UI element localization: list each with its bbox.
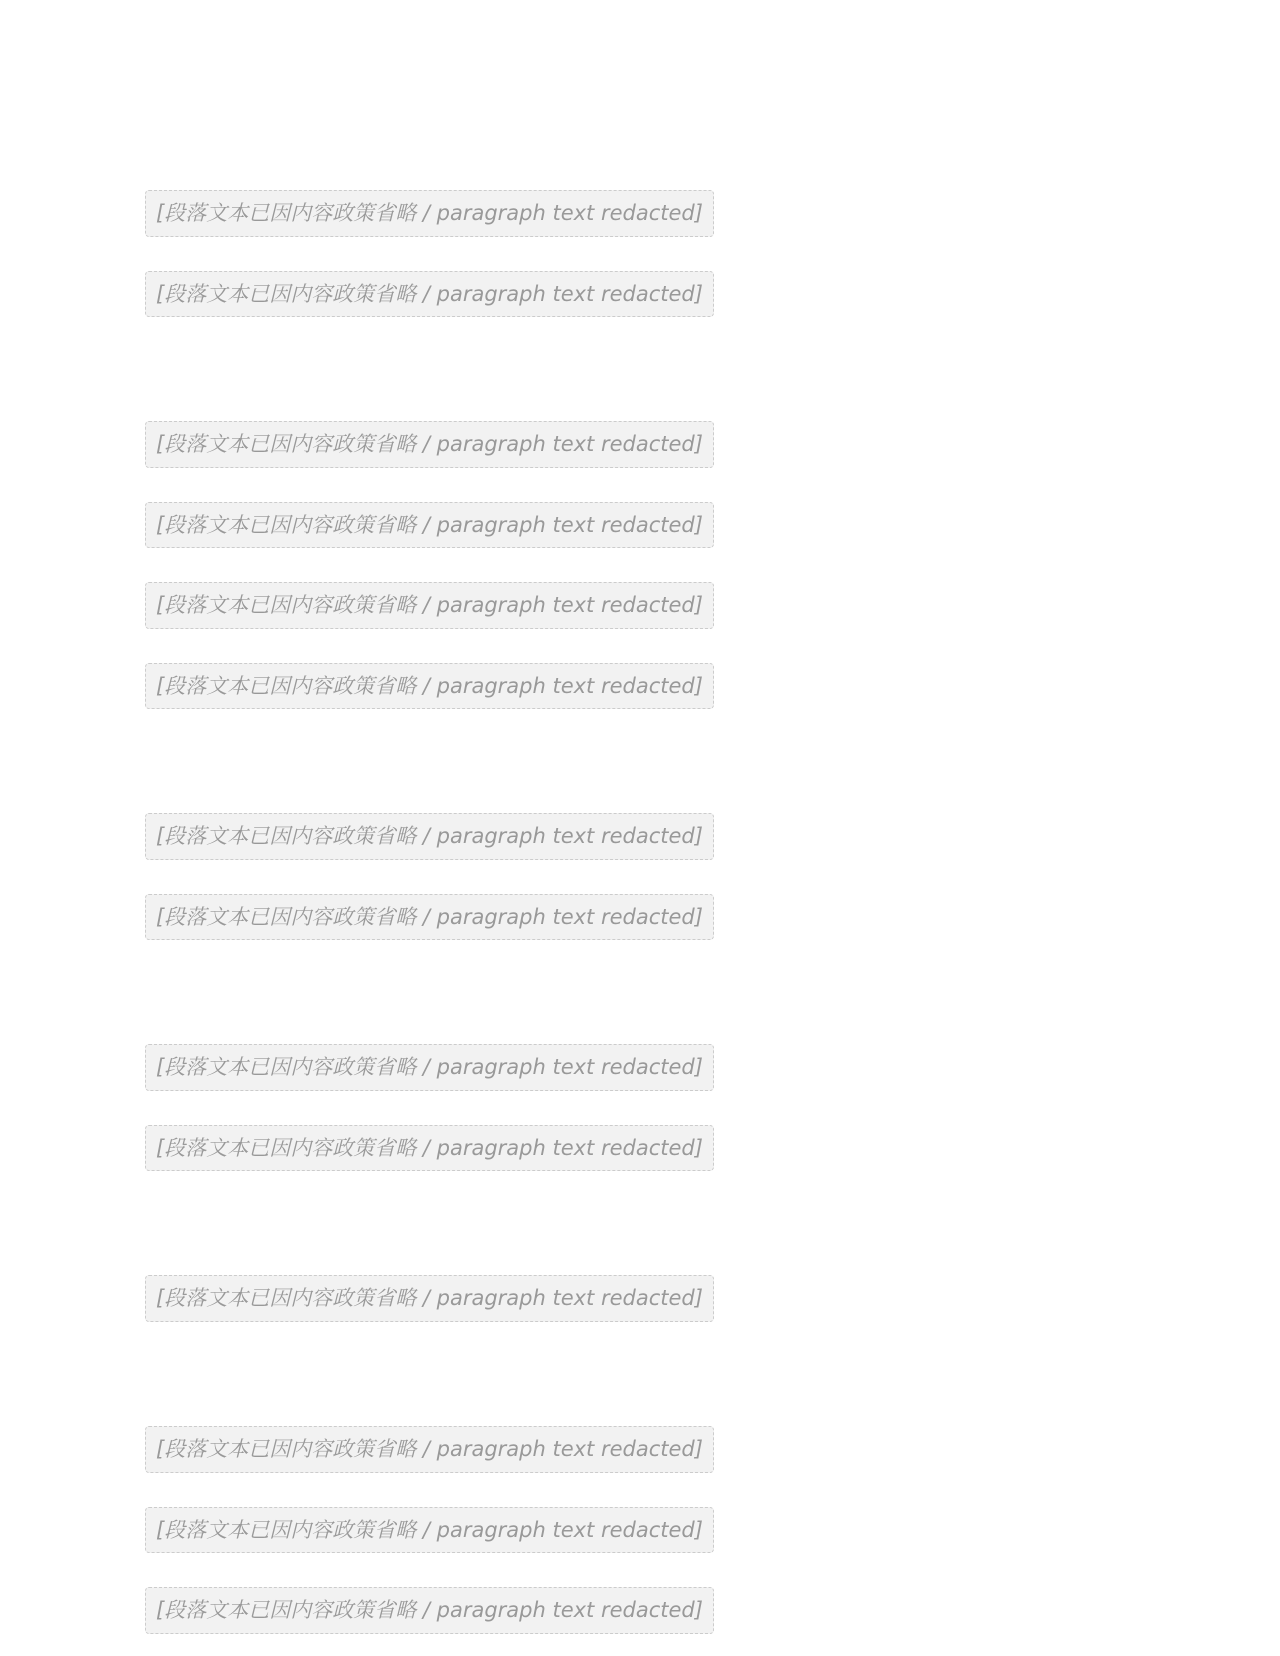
paragraph: [段落文本已因内容政策省略 / paragraph text redacted]	[145, 421, 1135, 468]
redacted-text: [段落文本已因内容政策省略 / paragraph text redacted]	[145, 1587, 714, 1634]
redacted-text: [段落文本已因内容政策省略 / paragraph text redacted]	[145, 190, 714, 237]
paragraph: [段落文本已因内容政策省略 / paragraph text redacted]	[145, 813, 1135, 860]
paragraph: [段落文本已因内容政策省略 / paragraph text redacted]	[145, 502, 1135, 549]
redacted-text: [段落文本已因内容政策省略 / paragraph text redacted]	[145, 421, 714, 468]
paragraph: [段落文本已因内容政策省略 / paragraph text redacted]	[145, 1125, 1135, 1172]
paragraph: [段落文本已因内容政策省略 / paragraph text redacted]	[145, 271, 1135, 318]
paragraph: [段落文本已因内容政策省略 / paragraph text redacted]	[145, 1044, 1135, 1091]
paragraph: [段落文本已因内容政策省略 / paragraph text redacted]	[145, 894, 1135, 941]
redacted-text: [段落文本已因内容政策省略 / paragraph text redacted]	[145, 582, 714, 629]
paragraph: [段落文本已因内容政策省略 / paragraph text redacted]	[145, 190, 1135, 237]
redacted-text: [段落文本已因内容政策省略 / paragraph text redacted]	[145, 1125, 714, 1172]
section-gap	[145, 743, 1135, 813]
redacted-text: [段落文本已因内容政策省略 / paragraph text redacted]	[145, 894, 714, 941]
redacted-text: [段落文本已因内容政策省略 / paragraph text redacted]	[145, 1275, 714, 1322]
redacted-text: [段落文本已因内容政策省略 / paragraph text redacted]	[145, 1426, 714, 1473]
paragraph: [段落文本已因内容政策省略 / paragraph text redacted]	[145, 1507, 1135, 1554]
redacted-text: [段落文本已因内容政策省略 / paragraph text redacted]	[145, 663, 714, 710]
paragraph: [段落文本已因内容政策省略 / paragraph text redacted]	[145, 1426, 1135, 1473]
section-gap	[145, 1356, 1135, 1426]
paragraph: [段落文本已因内容政策省略 / paragraph text redacted]	[145, 1275, 1135, 1322]
section-gap	[145, 974, 1135, 1044]
paragraph: [段落文本已因内容政策省略 / paragraph text redacted]	[145, 663, 1135, 710]
redacted-text: [段落文本已因内容政策省略 / paragraph text redacted]	[145, 1507, 714, 1554]
paragraph: [段落文本已因内容政策省略 / paragraph text redacted]	[145, 582, 1135, 629]
section-gap	[145, 1205, 1135, 1275]
redacted-text: [段落文本已因内容政策省略 / paragraph text redacted]	[145, 502, 714, 549]
redacted-text: [段落文本已因内容政策省略 / paragraph text redacted]	[145, 813, 714, 860]
paragraph: [段落文本已因内容政策省略 / paragraph text redacted]	[145, 1587, 1135, 1634]
document-page: [段落文本已因内容政策省略 / paragraph text redacted]…	[0, 0, 1280, 1634]
section-gap	[145, 351, 1135, 421]
redacted-text: [段落文本已因内容政策省略 / paragraph text redacted]	[145, 271, 714, 318]
redacted-text: [段落文本已因内容政策省略 / paragraph text redacted]	[145, 1044, 714, 1091]
